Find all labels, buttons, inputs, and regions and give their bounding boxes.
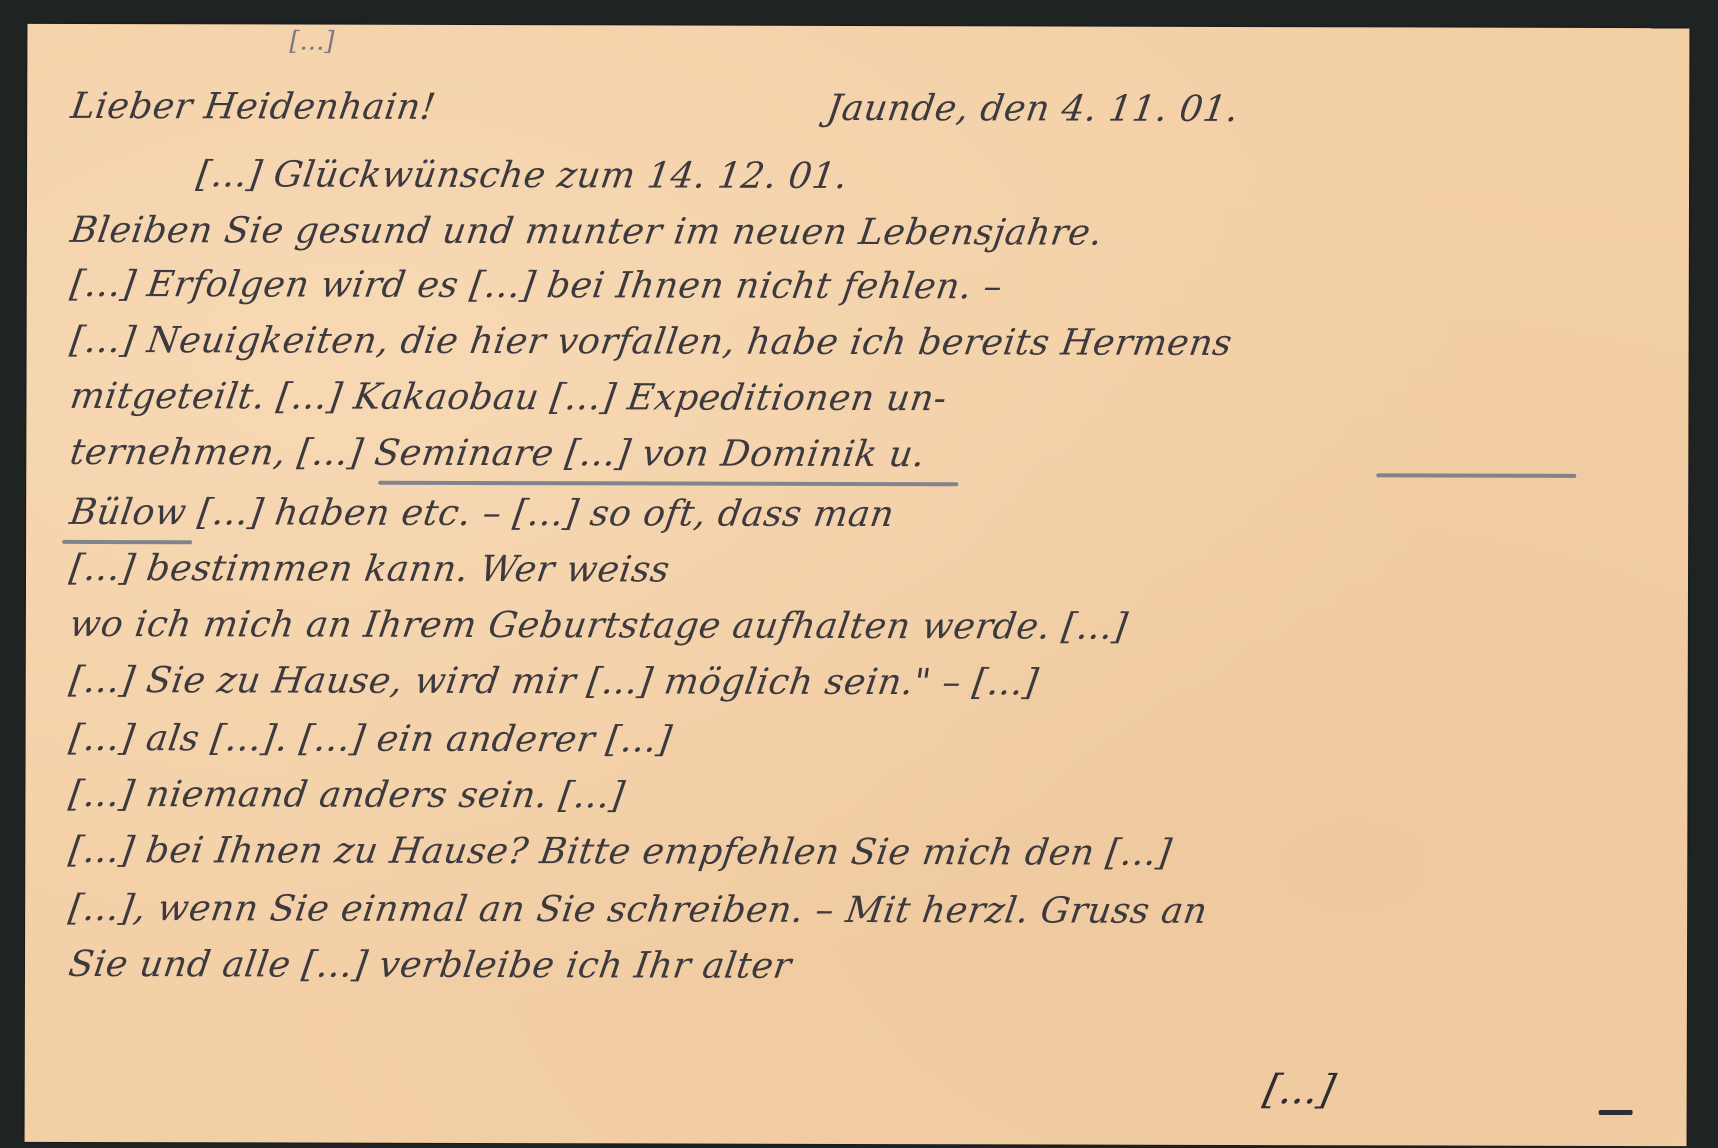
text-line-9: wo ich mich an Ihrem Geburtstage aufhalt… xyxy=(67,604,1130,648)
text-line-12: [...] niemand anders sein. [...] xyxy=(67,774,628,816)
text-line-6: ternehmen, [...] Seminare [...] von Domi… xyxy=(67,432,927,475)
text-line-11: [...] als [...]. [...] ein anderer [...] xyxy=(67,718,675,761)
text-line-4: [...] Neuigkeiten, die hier vorfallen, h… xyxy=(68,320,1235,364)
text-line-2: Bleiben Sie gesund und munter im neuen L… xyxy=(68,210,1105,254)
pencil-annotation: [...] xyxy=(289,27,334,57)
postcard: [...] Lieber Heidenhain! Jaunde, den 4. … xyxy=(25,24,1690,1146)
text-line-13: [...] bei Ihnen zu Hause? Bitte empfehle… xyxy=(66,830,1174,874)
text-line-3: [...] Erfolgen wird es [...] bei Ihnen n… xyxy=(68,264,1005,307)
text-line-10: [...] Sie zu Hause, wird mir [...] mögli… xyxy=(67,660,1041,704)
place-date: Jaunde, den 4. 11. 01. xyxy=(824,88,1241,130)
text-line-8: [...] bestimmen kann. Wer weiss xyxy=(67,548,672,591)
text-line-14: [...], wenn Sie einmal an Sie schreiben.… xyxy=(66,888,1210,932)
text-line-5: mitgeteilt. [...] Kakaobau [...] Expedit… xyxy=(68,376,950,419)
salutation: Lieber Heidenhain! xyxy=(68,86,438,128)
text-line-15: Sie und alle [...] verbleibe ich Ihr alt… xyxy=(66,944,794,987)
pencil-underline-2 xyxy=(1376,473,1576,478)
signature: [...] xyxy=(1260,1067,1339,1113)
text-line-7: Bülow [...] haben etc. – [...] so oft, d… xyxy=(67,492,897,535)
text-line-1: [...] Glückwünsche zum 14. 12. 01. xyxy=(194,154,850,197)
pencil-underline-1 xyxy=(378,481,958,487)
signature-flourish xyxy=(1599,1110,1633,1115)
pencil-underline-3 xyxy=(62,540,192,544)
